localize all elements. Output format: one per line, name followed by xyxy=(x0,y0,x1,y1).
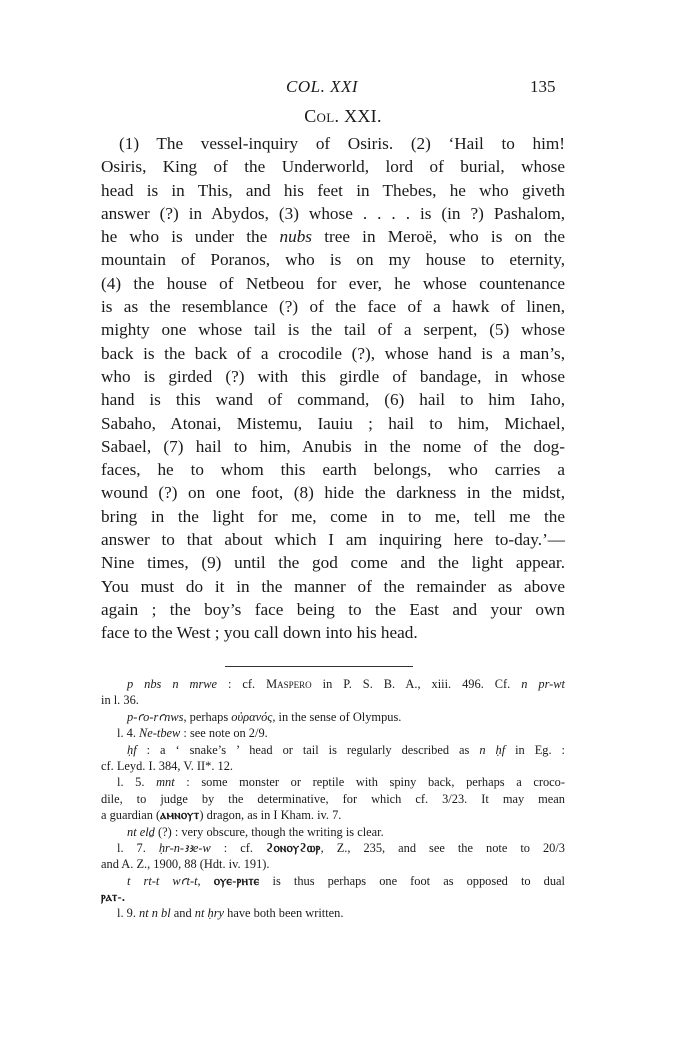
text-line: Osiris, King of the Underworld, lord of … xyxy=(101,155,565,178)
note-term: n pr-wt xyxy=(521,677,565,691)
note-coptic: ⲟⲩⲉ-ⲣⲏⲧⲉ xyxy=(214,874,260,888)
text-line: Nine times, (9) until the god come and t… xyxy=(101,551,565,574)
note-coptic: ⲁⲙⲛⲟⲩⲧ xyxy=(160,808,199,822)
note-text: ) dragon, as in I Kham. iv. 7. xyxy=(199,808,341,822)
note-text: in Eg. : xyxy=(505,743,565,757)
note-ref: l. 9. xyxy=(117,906,139,920)
note-text: , perhaps xyxy=(183,710,231,724)
footnote-line: t rt-t wꜥt-t, ⲟⲩⲉ-ⲣⲏⲧⲉ is thus perhaps o… xyxy=(101,873,565,889)
text-line: Sabael, (7) hail to him, Anubis in the n… xyxy=(101,435,565,458)
note-text: (?) : very obscure, though the writing i… xyxy=(155,825,384,839)
text-segment: tree in Meroë, who is on the xyxy=(312,227,565,246)
note-term: Ne-tbew xyxy=(139,726,180,740)
note-term: ḥr-n-ꜣꜣe-w xyxy=(159,841,211,855)
running-title: COL. XXI xyxy=(286,77,358,97)
text-line: head is in This, and his feet in Thebes,… xyxy=(101,179,565,202)
footnote-line: in l. 36. xyxy=(101,692,565,708)
note-ref: l. 7. xyxy=(117,841,159,855)
note-text: : cf. xyxy=(217,677,266,691)
note-text: : a ‘ snake’s ’ head or tail is regularl… xyxy=(137,743,480,757)
text-line: face to the West ; you call down into hi… xyxy=(101,621,565,644)
text-line: Sabaho, Atonai, Mistemu, Iauiu ; hail to… xyxy=(101,412,565,435)
text-line: bring in the light for me, come in to me… xyxy=(101,505,565,528)
footnote-line: nt elḏ (?) : very obscure, though the wr… xyxy=(101,824,565,840)
footnotes: p nbs n mrwe : cf. Maspero in P. S. B. A… xyxy=(101,676,565,922)
footnote-line: l. 4. Ne-tbew : see note on 2/9. xyxy=(101,725,565,741)
text-segment: he who is under the xyxy=(101,227,280,246)
text-line: he who is under the nubs tree in Meroë, … xyxy=(101,225,565,248)
text-line: You must do it in the manner of the rema… xyxy=(101,575,565,598)
text-line: is as the resemblance (?) of the face of… xyxy=(101,295,565,318)
footnote-line: p-ꜥo-rꜥnws, perhaps οὐρανός, in the sens… xyxy=(101,709,565,725)
note-text: : see note on 2/9. xyxy=(180,726,267,740)
text-line: wound (?) on one foot, (8) hide the dark… xyxy=(101,481,565,504)
column-heading-numeral: XXI. xyxy=(339,106,382,126)
note-term: mnt xyxy=(156,775,175,789)
italic-term-nubs: nubs xyxy=(280,227,312,246)
note-text: is thus perhaps one foot as opposed to d… xyxy=(259,874,565,888)
footnote-rule xyxy=(225,666,413,667)
note-coptic: ϩⲟⲛⲟⲩϩⲱⲣ xyxy=(266,841,321,855)
footnote-line: cf. Leyd. I. 384, V. II*. 12. xyxy=(101,758,565,774)
note-text: , Z., 235, and see the note to 20/3 xyxy=(321,841,565,855)
note-ref: l. 4. xyxy=(117,726,139,740)
text-line: faces, he to whom this earth belongs, wh… xyxy=(101,458,565,481)
text-line: hand is this wand of command, (6) hail t… xyxy=(101,388,565,411)
footnote-line: p nbs n mrwe : cf. Maspero in P. S. B. A… xyxy=(101,676,565,692)
footnote-line: l. 9. nt n bl and nt ḥry have both been … xyxy=(101,905,565,921)
running-head: COL. XXI 135 xyxy=(0,77,686,101)
text-line: (4) the house of Netbeou for ever, he wh… xyxy=(101,272,565,295)
text-line: back is the back of a crocodile (?), who… xyxy=(101,342,565,365)
note-author: Maspero xyxy=(266,677,312,691)
note-text: in P. S. B. A., xiii. 496. Cf. xyxy=(312,677,522,691)
text-line: answer (?) in Abydos, (3) whose . . . . … xyxy=(101,202,565,225)
footnote-line: a guardian (ⲁⲙⲛⲟⲩⲧ) dragon, as in I Kham… xyxy=(101,807,565,823)
note-term: p nbs n mrwe xyxy=(127,677,217,691)
text-line: mountain of Poranos, who is on my house … xyxy=(101,248,565,271)
note-text: : cf. xyxy=(211,841,266,855)
note-term: nt n bl xyxy=(139,906,171,920)
note-greek: οὐρανός xyxy=(231,710,272,724)
main-text: (1) The vessel-inquiry of Osiris. (2) ‘H… xyxy=(101,132,565,645)
note-term: n ḥf xyxy=(479,743,505,757)
note-term: t rt-t wꜥt-t xyxy=(127,874,198,888)
footnote-line: dile, to judge by the determinative, for… xyxy=(101,791,565,807)
note-text: a guardian ( xyxy=(101,808,160,822)
text-line: (1) The vessel-inquiry of Osiris. (2) ‘H… xyxy=(101,132,565,155)
note-term: nt ḥry xyxy=(195,906,224,920)
text-line: answer to that about which I am inquirin… xyxy=(101,528,565,551)
note-text: , in the sense of Olympus. xyxy=(272,710,401,724)
footnote-line: ḥf : a ‘ snake’s ’ head or tail is regul… xyxy=(101,742,565,758)
page-number: 135 xyxy=(530,77,556,97)
column-heading: Col. XXI. xyxy=(0,106,686,127)
text-line: again ; the boy’s face being to the East… xyxy=(101,598,565,621)
note-text: : some monster or reptile with spiny bac… xyxy=(175,775,565,789)
text-line: mighty one whose tail is the tail of a s… xyxy=(101,318,565,341)
note-coptic: ⲣⲁⲧ-. xyxy=(101,890,125,904)
note-term: p-ꜥo-rꜥnws xyxy=(127,710,183,724)
note-term: nt elḏ xyxy=(127,825,155,839)
note-text: have both been written. xyxy=(224,906,343,920)
footnote-line: and A. Z., 1900, 88 (Hdt. iv. 191). xyxy=(101,856,565,872)
note-text: and xyxy=(171,906,195,920)
book-page: COL. XXI 135 Col. XXI. (1) The vessel-in… xyxy=(0,0,686,1047)
note-ref: l. 5. xyxy=(117,775,156,789)
note-text: , xyxy=(198,874,214,888)
footnote-line: l. 5. mnt : some monster or reptile with… xyxy=(101,774,565,790)
footnote-line: l. 7. ḥr-n-ꜣꜣe-w : cf. ϩⲟⲛⲟⲩϩⲱⲣ, Z., 235… xyxy=(101,840,565,856)
note-term: ḥf xyxy=(127,743,137,757)
text-line: who is girded (?) with this girdle of ba… xyxy=(101,365,565,388)
footnote-line: ⲣⲁⲧ-. xyxy=(101,889,565,905)
column-heading-prefix: Col. xyxy=(304,106,339,126)
